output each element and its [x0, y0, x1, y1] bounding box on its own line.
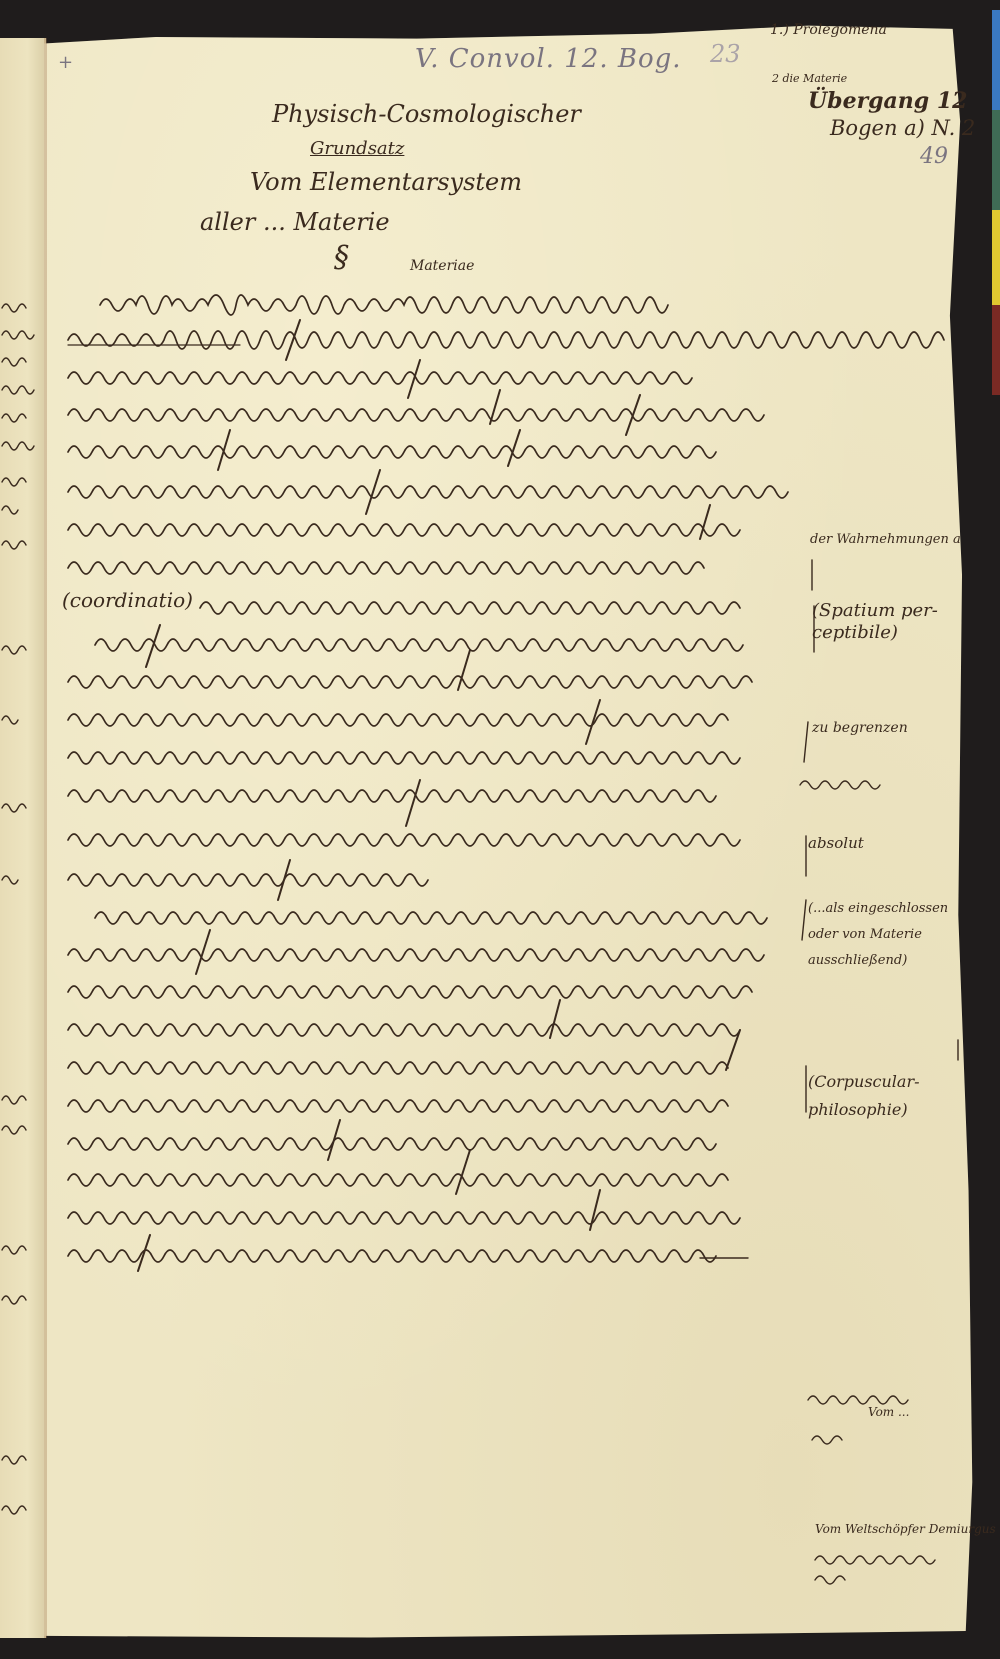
body-text-lines: [68, 295, 944, 1262]
handwriting-strokes: [0, 0, 1000, 1659]
adjacent-page-strokes: [2, 304, 34, 1514]
margin-strokes: [800, 560, 958, 1584]
